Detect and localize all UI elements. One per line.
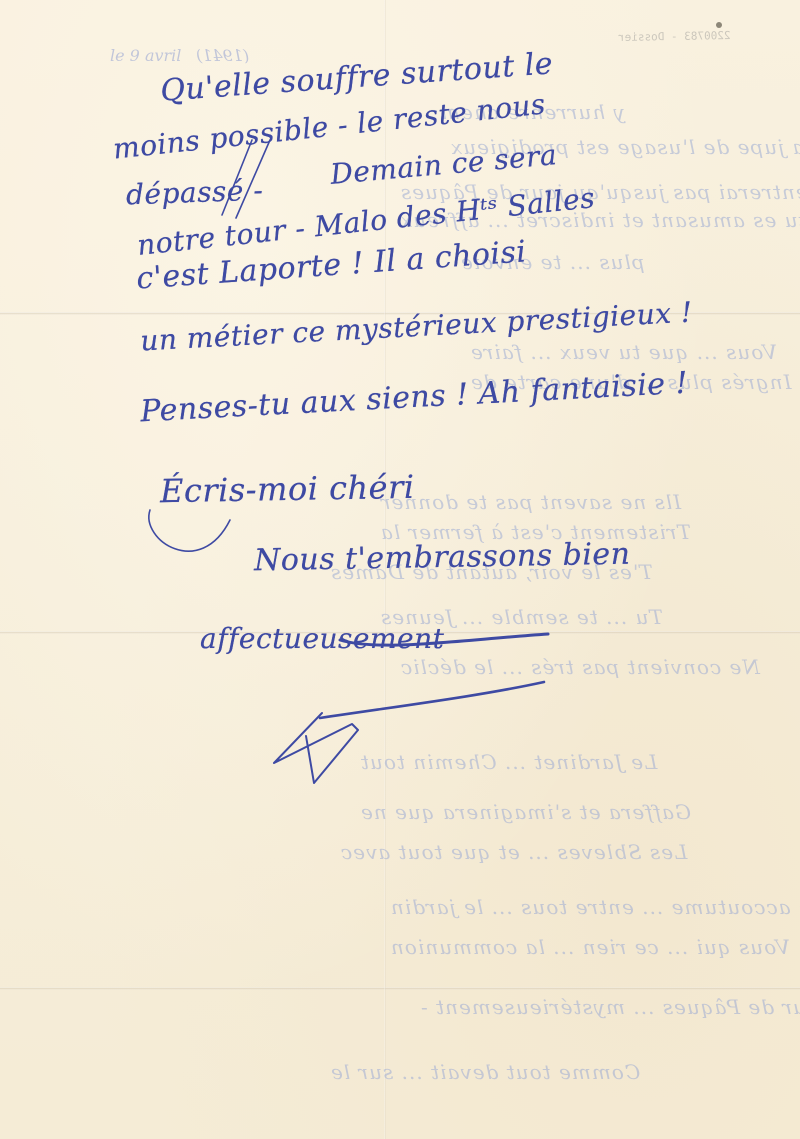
signature-underline	[320, 682, 544, 718]
pen-strokes	[0, 0, 800, 1139]
ink-loop	[149, 510, 230, 551]
descender-stroke	[236, 140, 270, 218]
descender-stroke	[222, 140, 252, 215]
signature-mark	[274, 713, 358, 783]
closing-flourish	[340, 634, 548, 645]
